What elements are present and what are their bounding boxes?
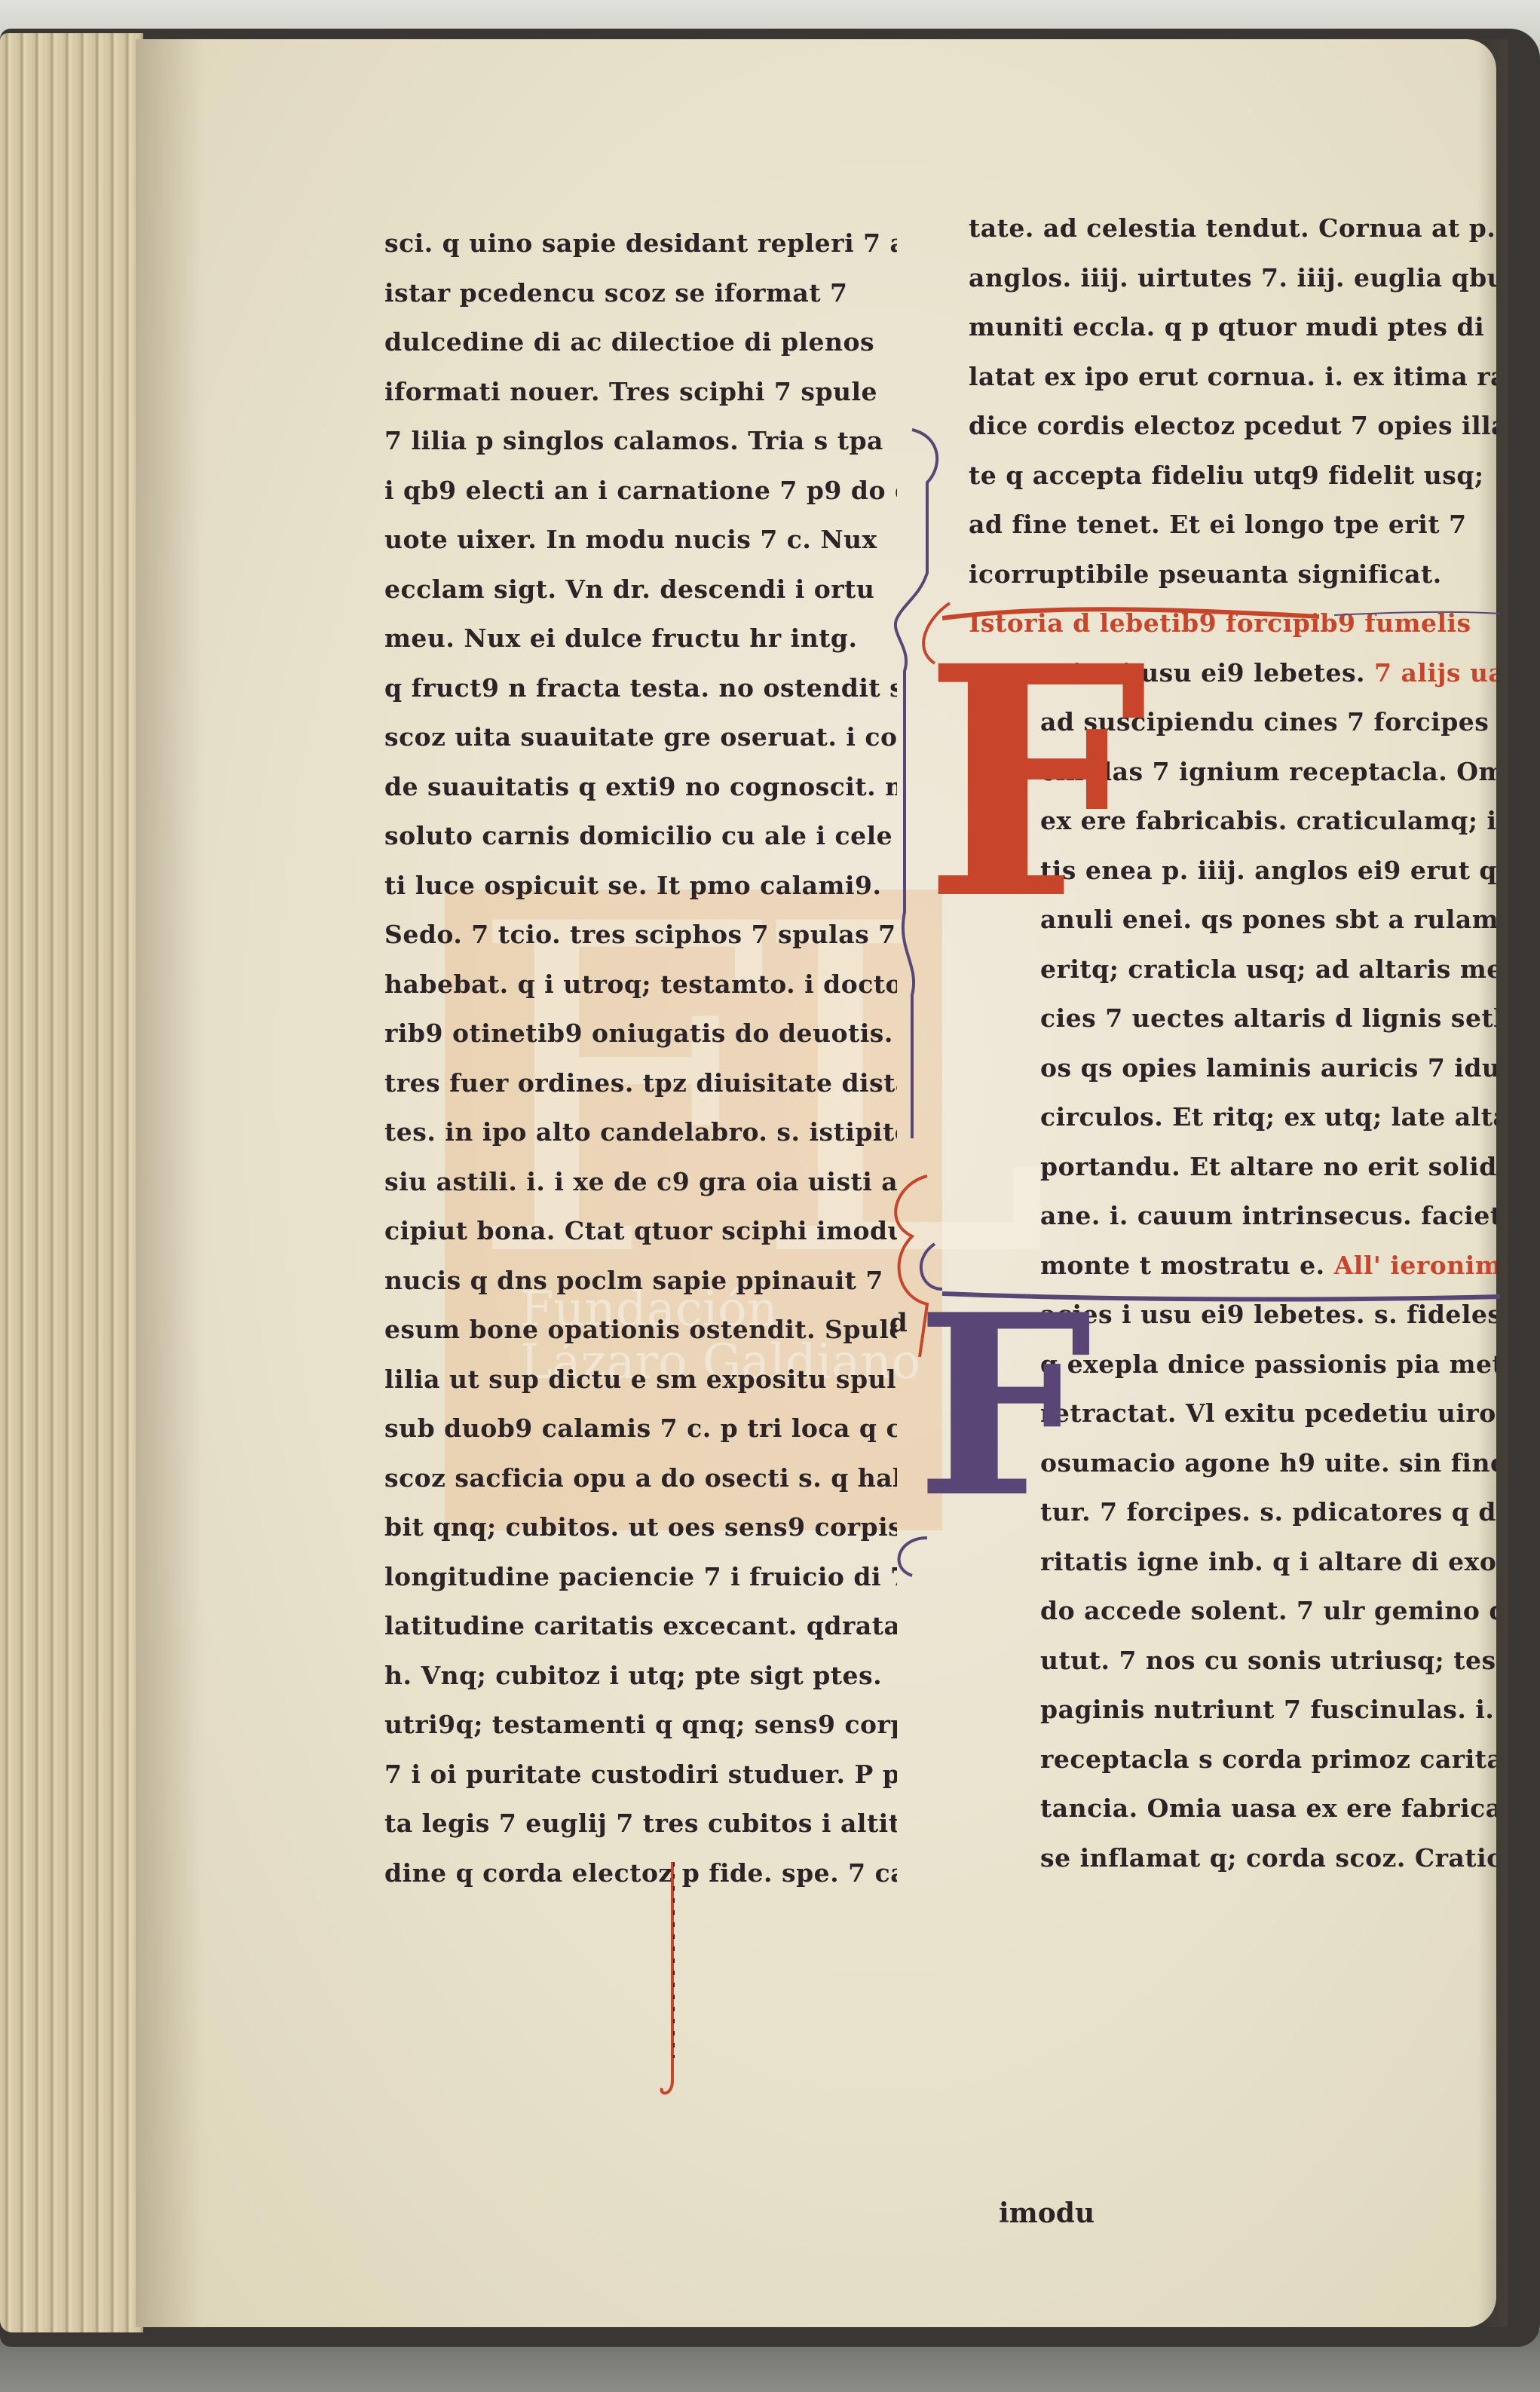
text-line: meu. Nux ei dulce fructu hr intg. xyxy=(384,614,897,663)
text-line: dice cordis electoz pcedut 7 opies illa … xyxy=(969,401,1496,451)
text-line: ti luce ospicuit se. It pmo calami9. xyxy=(384,861,897,911)
text-line: tate. ad celestia tendut. Cornua at p. i… xyxy=(969,204,1496,253)
text-line: de suauitatis q exti9 no cognoscit. n xyxy=(384,762,897,812)
page-stack-edges xyxy=(0,33,143,2332)
text-line: icorruptibile pseuanta significat. xyxy=(969,550,1496,599)
text-line: bit qnq; cubitos. ut oes sens9 corpis i xyxy=(384,1502,897,1552)
text-line: siu astili. i. i xe de c9 gra oia uisti … xyxy=(384,1157,897,1207)
text-line: se inflamat q; corda scoz. Craticulamq; xyxy=(969,1833,1496,1883)
text-line: latat ex ipo erut cornua. i. ex itima ra xyxy=(969,352,1496,402)
text-line: cipiut bona. Ctat qtuor sciphi imodu xyxy=(384,1206,897,1256)
text-line: portandu. Et altare no erit solidu. Sz i… xyxy=(969,1142,1496,1192)
text-line: istar pcedencu scoz se iformat 7 xyxy=(384,268,897,318)
text-line: ecclam sigt. Vn dr. descendi i ortu xyxy=(384,565,897,614)
text-line: receptacla s corda primoz caritate imi xyxy=(969,1735,1496,1784)
text-line: anglos. iiij. uirtutes 7. iiij. euglia q… xyxy=(969,253,1496,303)
text-line: os qs opies laminis auricis 7 iduces p xyxy=(969,1043,1496,1093)
text-line: q fruct9 n fracta testa. no ostendit sic xyxy=(384,663,897,713)
text-line: ad fine tenet. Et ei longo tpe erit 7 xyxy=(969,500,1496,550)
text-line: habebat. q i utroq; testamto. i docto xyxy=(384,960,897,1009)
text-line: tes. in ipo alto candelabro. s. istipite… xyxy=(384,1107,897,1157)
text-line: scoz uita suauitate gre oseruat. i cor xyxy=(384,712,897,762)
text-line: nucis q dns poclm sapie ppinauit 7 xyxy=(384,1256,897,1306)
text-line: paginis nutriunt 7 fuscinulas. i. igniu xyxy=(969,1685,1496,1735)
text-line: 7 i oi puritate custodiri studuer. P pce… xyxy=(384,1750,897,1799)
text-line: muniti eccla. q p qtuor mudi ptes di xyxy=(969,302,1496,352)
text-line: cies 7 uectes altaris d lignis sethim du xyxy=(969,994,1496,1043)
decorated-initial-red: F xyxy=(923,626,1148,942)
text-line: dine q corda electoz p fide. spe. 7 cari xyxy=(384,1848,897,1898)
rubric-tail: 7 alijs uasculis xyxy=(1365,658,1496,688)
text-line: lilia ut sup dictu e sm expositu spule xyxy=(384,1355,897,1404)
text-line: circulos. Et ritq; ex utq; late altaris … xyxy=(969,1092,1496,1142)
text-line: longitudine paciencie 7 i fruicio di 7 i xyxy=(384,1552,897,1602)
text-line: h. Vnq; cubitoz i utq; pte sigt ptes. xyxy=(384,1651,897,1701)
text-line: scoz sacficia opu a do osecti s. q habe xyxy=(384,1453,897,1503)
text-line: rib9 otinetib9 oniugatis do deuotis. xyxy=(384,1009,897,1058)
text-line: latitudine caritatis excecant. qdrata xyxy=(384,1601,897,1651)
text-line: esum bone opationis ostendit. Spule 7 xyxy=(384,1305,897,1355)
text-line: utut. 7 nos cu sonis utriusq; testamti xyxy=(969,1636,1496,1686)
text-line: sub duob9 calamis 7 c. p tri loca q cord… xyxy=(384,1404,897,1453)
text-line: uote uixer. In modu nucis 7 c. Nux xyxy=(384,515,897,565)
text-line: i qb9 electi an i carnatione 7 p9 do de xyxy=(384,466,897,516)
rubric-tail: All' ieronimi xyxy=(1325,1251,1496,1280)
text-line: te q accepta fideliu utq9 fidelit usq; xyxy=(969,451,1496,501)
text-line: sci. q uino sapie desidant repleri 7 ad xyxy=(384,219,897,268)
text-line: dulcedine di ac dilectioe di plenos xyxy=(384,317,897,367)
text-line: Sedo. 7 tcio. tres sciphos 7 spulas 7 li… xyxy=(384,910,897,960)
text-line: tres fuer ordines. tpz diuisitate dista xyxy=(384,1058,897,1108)
gutter-shadow xyxy=(136,39,204,2327)
text-line: soluto carnis domicilio cu ale i cele xyxy=(384,811,897,861)
text-line: iformati nouer. Tres sciphi 7 spule xyxy=(384,367,897,417)
text-line: do accede solent. 7 ulr gemino dente xyxy=(969,1586,1496,1636)
text-line: 7 lilia p singlos calamos. Tria s tpa xyxy=(384,416,897,466)
text-line: ane. i. cauum intrinsecus. faciet illd s… xyxy=(969,1191,1496,1241)
text-line: ta legis 7 euglij 7 tres cubitos i altit… xyxy=(384,1799,897,1848)
margin-mark: d xyxy=(889,1308,908,1338)
left-text-column: sci. q uino sapie desidant repleri 7 ad … xyxy=(384,219,897,1897)
catchword: imodu xyxy=(999,2198,1095,2229)
decorated-initial-violet: F xyxy=(916,1282,1092,1530)
text-line: tancia. Omia uasa ex ere fabricab. q p xyxy=(969,1784,1496,1833)
text-line: utri9q; testamenti q qnq; sens9 corpis xyxy=(384,1700,897,1750)
right-text-column: tate. ad celestia tendut. Cornua at p. i… xyxy=(969,204,1496,1882)
